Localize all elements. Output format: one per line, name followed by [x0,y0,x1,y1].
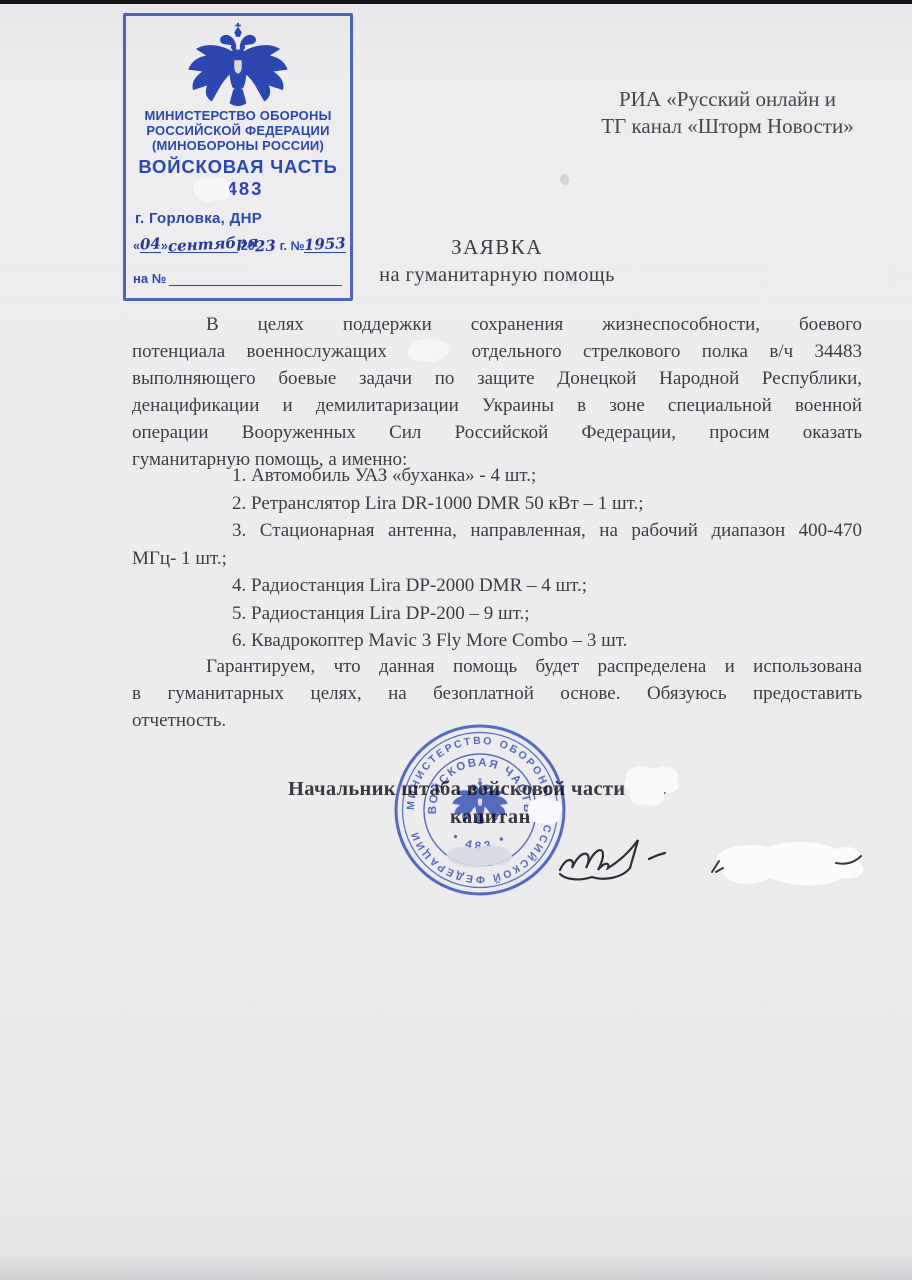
scan-bottom-shadow [0,1254,912,1280]
list-item: 4. Радиостанция Lira DP-2000 DMR – 4 шт.… [132,572,862,600]
document-title: ЗАЯВКА [132,233,862,261]
paragraph-line: операции Вооруженных Сил Российской Феде… [132,419,862,446]
stamp-city: г. Горловка, ДНР [135,210,262,227]
list-item: 3. Стационарная антенна, направленная, н… [132,517,862,545]
round-stamp-eagle-icon [452,778,507,824]
paragraph-line-with-redaction: потенциала военнослужащих отдельного стр… [132,338,862,365]
request-paragraph: В целях поддержки сохранения жизнеспособ… [132,311,862,473]
list-item: 1. Автомобиль УАЗ «буханка» - 4 шт.; [132,462,862,490]
round-official-stamp: МИНИСТЕРСТВО ОБОРОНЫ РОССИЙСКОЙ ФЕДЕРАЦИ… [385,715,575,905]
paragraph-line: денацификации и демилитаризации Украины … [132,392,862,419]
paragraph-text: потенциала военнослужащих [132,341,387,362]
aid-item-list: 1. Автомобиль УАЗ «буханка» - 4 шт.; 2. … [132,462,862,655]
recipient-line: РИА «Русский онлайн и [565,86,890,113]
double-eagle-emblem-icon [182,21,294,107]
stamp-unit-number: 483 [126,178,350,200]
recipient-line: ТГ канал «Шторм Новости» [565,113,890,140]
list-item: 2. Ретранслятор Lira DR-1000 DMR 50 кВт … [132,490,862,518]
document-title-block: ЗАЯВКА на гуманитарную помощь [132,233,862,289]
list-item: 6. Квадрокоптер Mavic 3 Fly More Combo –… [132,627,862,655]
paragraph-line: выполняющего боевые задачи по защите Дон… [132,365,862,392]
document-subtitle: на гуманитарную помощь [132,261,862,289]
round-stamp-whiteout-smudge [447,846,512,868]
recipient-block: РИА «Русский онлайн и ТГ канал «Шторм Но… [565,86,890,140]
paragraph-text: отдельного стрелкового полка в/ч 34483 [472,341,862,362]
stamp-ministry-lines: МИНИСТЕРСТВО ОБОРОНЫ РОССИЙСКОЙ ФЕДЕРАЦИ… [126,108,350,153]
stamp-ministry-line: РОССИЙСКОЙ ФЕДЕРАЦИИ [126,123,350,138]
whiteout-redaction [714,842,864,886]
pen-marks-at-redaction-edges [712,856,861,872]
document-page: МИНИСТЕРСТВО ОБОРОНЫ РОССИЙСКОЙ ФЕДЕРАЦИ… [0,0,912,1280]
paper-smudge [560,174,569,185]
stamp-ministry-line: (МИНОБОРОНЫ РОССИИ) [126,138,350,153]
paragraph-line: В целях поддержки сохранения жизнеспособ… [132,311,862,338]
list-item: 5. Радиостанция Lira DP-200 – 9 шт.; [132,600,862,628]
list-item-continuation: МГц- 1 шт.; [132,545,862,573]
stamp-unit-label: ВОЙСКОВАЯ ЧАСТЬ [126,156,350,178]
paragraph-line: Гарантируем, что данная помощь будет рас… [132,653,862,680]
handwritten-signature [552,818,687,898]
signatory-unit-number: 483 [635,778,667,801]
whiteout-redaction [408,339,450,362]
stamp-ministry-line: МИНИСТЕРСТВО ОБОРОНЫ [126,108,350,123]
paragraph-line: в гуманитарных целях, на безоплатной осн… [132,680,862,707]
scan-top-edge [0,0,912,4]
